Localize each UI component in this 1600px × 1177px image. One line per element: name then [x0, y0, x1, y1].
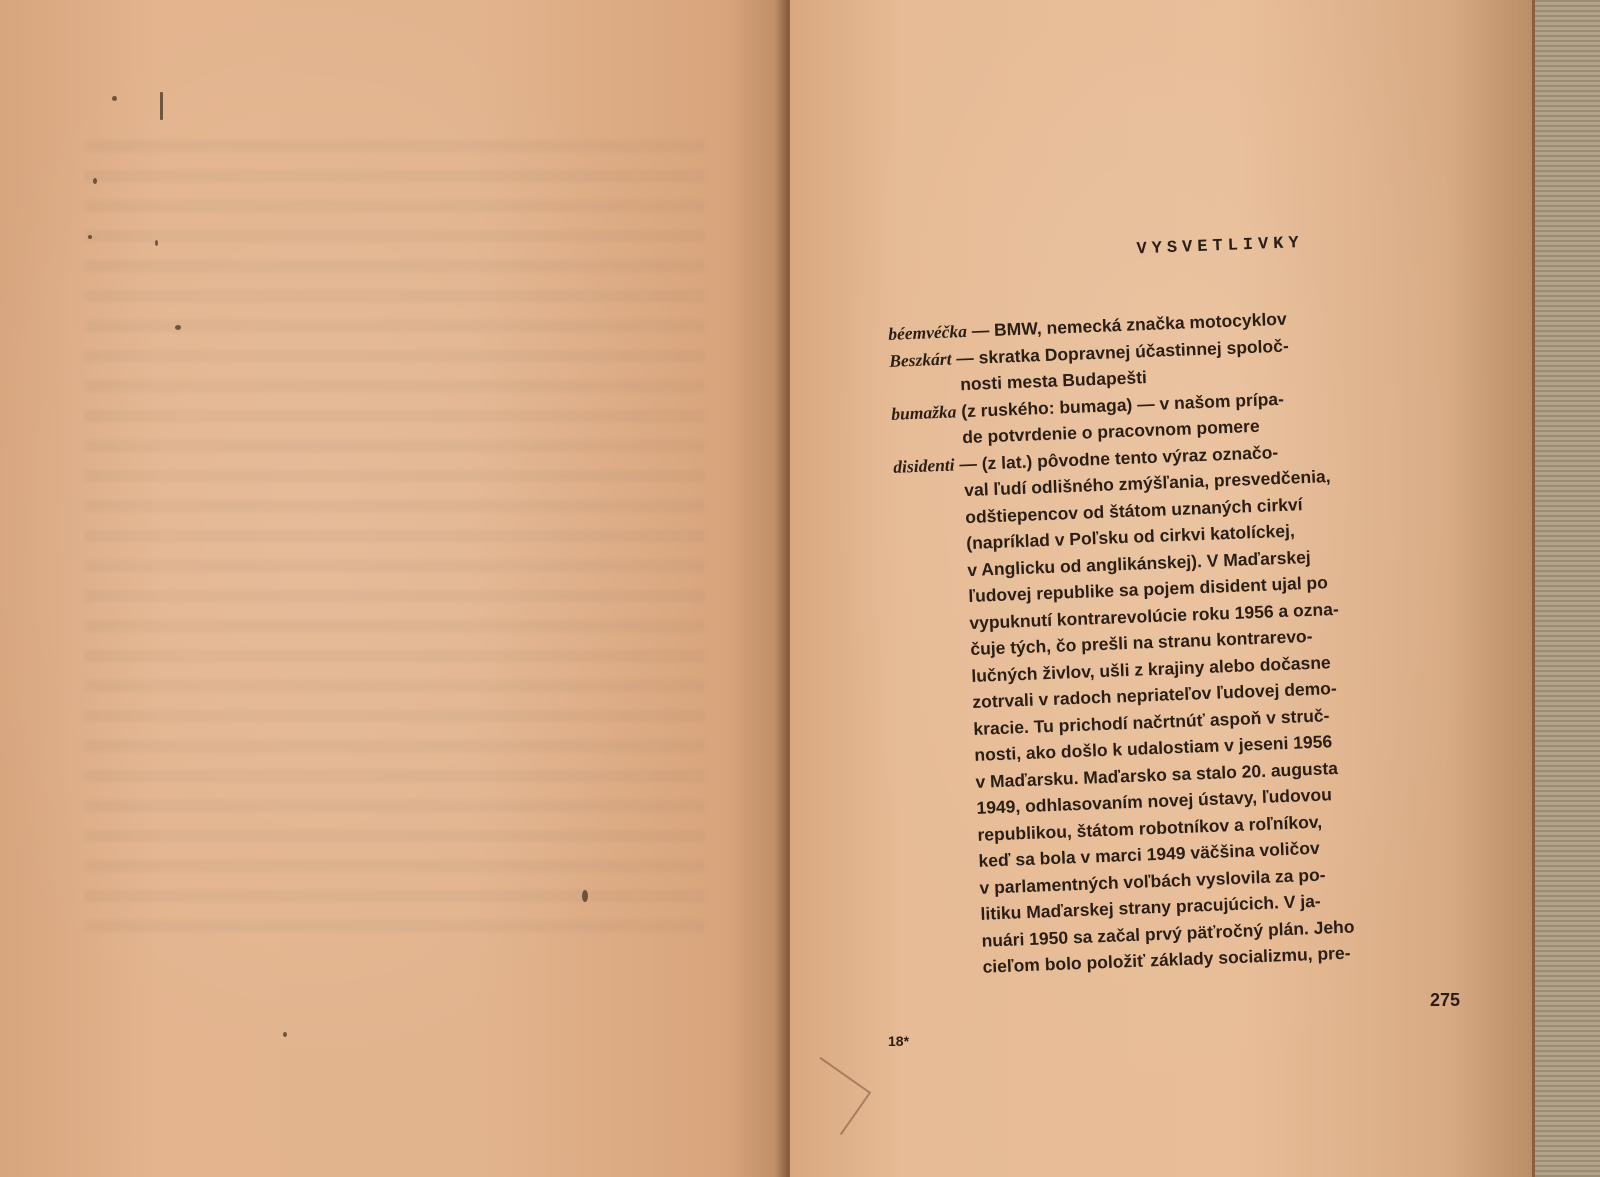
ink-speck: [88, 235, 92, 239]
ink-speck: [283, 1032, 287, 1037]
left-page: [0, 0, 790, 1177]
signature-mark: 18*: [888, 1033, 909, 1049]
glossary-entries: béemvéčka — BMW, nemecká značka motocykl…: [888, 299, 1493, 983]
ink-speck: [93, 178, 97, 184]
open-book: VYSVETLIVKY béemvéčka — BMW, nemecká zna…: [0, 0, 1600, 1177]
bleed-through-text: [85, 140, 705, 940]
ink-speck: [112, 96, 117, 101]
ink-speck: [175, 325, 181, 330]
ink-speck: [155, 240, 158, 246]
glossary-term: bumažka: [891, 401, 957, 423]
glossary-term: disidenti: [893, 454, 955, 476]
glossary-term: Beszkárt: [889, 348, 952, 370]
glossary-section: VYSVETLIVKY béemvéčka — BMW, nemecká zna…: [885, 228, 1493, 983]
page-number: 275: [1430, 990, 1460, 1011]
page-edges: [1532, 0, 1600, 1177]
ink-speck: [582, 890, 588, 902]
ink-speck: [160, 92, 163, 120]
glossary-term: béemvéčka: [888, 321, 967, 344]
line-text: nosti mesta Budapešti: [960, 367, 1147, 394]
